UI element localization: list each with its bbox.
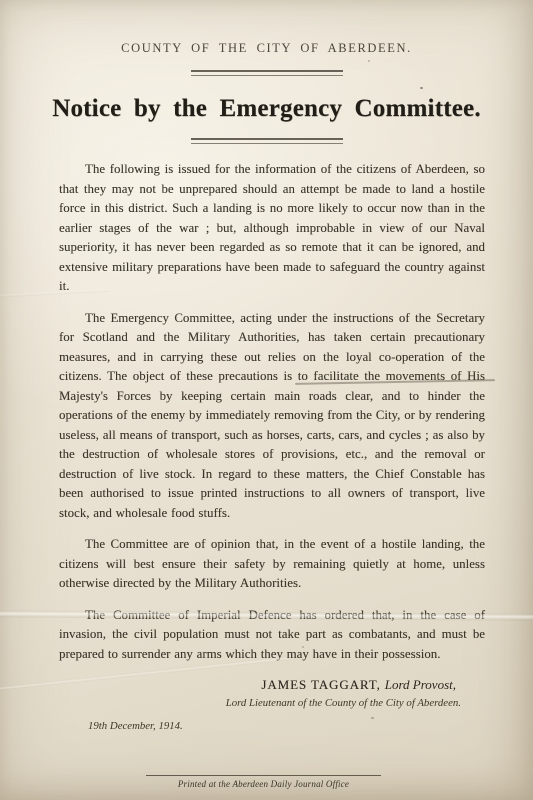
imprint-rule [146,775,381,776]
notice-title: Notice by the Emergency Committee. [0,87,533,131]
notice-body: The following is issued for the informat… [0,160,533,664]
double-rule-top [191,70,343,76]
ink-speck [371,717,374,719]
paragraph-stay-home: The Committee are of opinion that, in th… [59,535,485,594]
paragraph-precautions: The Emergency Committee, acting under th… [59,309,485,524]
double-rule-bottom [191,138,343,144]
paragraph-introduction: The following is issued for the informat… [59,160,485,297]
signatory-office: Lord Lieutenant of the County of the Cit… [0,697,533,709]
imprint-block: Printed at the Aberdeen Daily Journal Of… [0,775,527,789]
ink-speck [368,60,370,62]
document-date: 19th December, 1914. [0,720,533,732]
signatory-name: JAMES TAGGART, [261,677,380,692]
notice-document-page: COUNTY OF THE CITY OF ABERDEEN. Notice b… [0,0,533,800]
paragraph-imperial-defence: The Committee of Imperial Defence has or… [59,606,485,665]
imprint-text: Printed at the Aberdeen Daily Journal Of… [0,779,527,789]
signature-block: JAMES TAGGART, Lord Provost, [0,676,533,694]
county-heading: COUNTY OF THE CITY OF ABERDEEN. [8,41,525,56]
signatory-role: Lord Provost, [385,677,456,692]
